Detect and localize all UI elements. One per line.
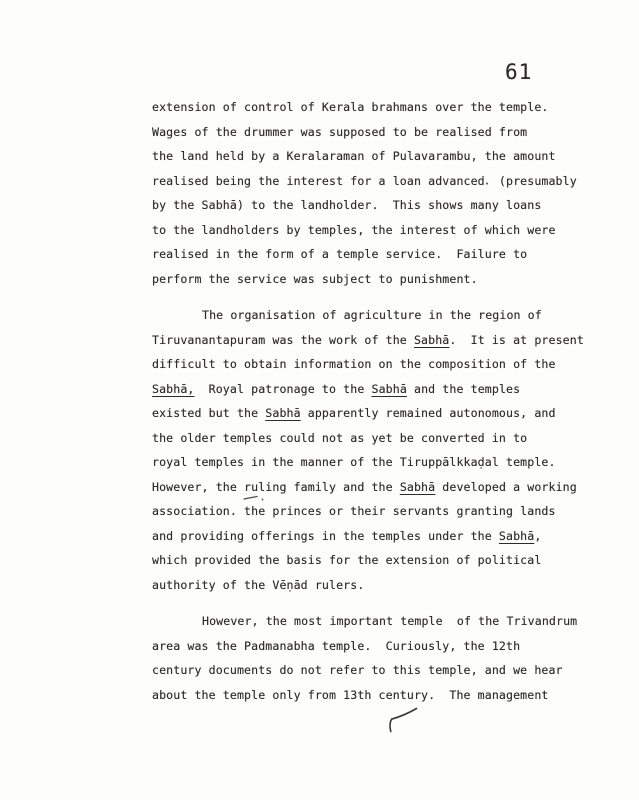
text-line: Sabhā, Royal patronage to the Sabhā and … xyxy=(152,377,592,402)
underlined-term: Sabhā xyxy=(499,529,534,543)
text-segment: existed but the xyxy=(152,406,265,420)
text-segment: Wages of the drummer was supposed to be … xyxy=(152,125,527,139)
text-line: existed but the Sabhā apparently remaine… xyxy=(152,401,592,426)
text-segment: extension of control of Kerala brahmans … xyxy=(152,100,548,114)
text-line: extension of control of Kerala brahmans … xyxy=(152,95,592,120)
text-line: perform the service was subject to punis… xyxy=(152,267,592,292)
text-line: The organisation of agriculture in the r… xyxy=(152,303,592,328)
text-line: authority of the Vēṇād rulers. xyxy=(152,573,592,598)
underlined-term: Sabhā xyxy=(400,480,435,494)
text-line: association. the princes or their servan… xyxy=(152,499,592,524)
underlined-term: Sabhā xyxy=(372,382,407,396)
text-line: to the landholders by temples, the inter… xyxy=(152,218,592,243)
text-line: difficult to obtain information on the c… xyxy=(152,352,592,377)
text-line: royal temples in the manner of the Tirup… xyxy=(152,450,592,475)
text-segment: However, the most important temple of th… xyxy=(202,614,577,628)
paragraph: The organisation of agriculture in the r… xyxy=(152,303,592,597)
text-segment: and the temples xyxy=(407,382,520,396)
text-segment: apparently remained autonomous, and xyxy=(301,406,556,420)
paragraph: However, the most important temple of th… xyxy=(152,609,592,707)
text-segment: which provided the basis for the extensi… xyxy=(152,553,541,567)
text-segment: developed a working xyxy=(435,480,577,494)
text-line: realised in the form of a temple service… xyxy=(152,242,592,267)
text-segment: the older temples could not as yet be co… xyxy=(152,431,527,445)
text-segment: Royal patronage to the xyxy=(194,382,371,396)
handwritten-tick-icon xyxy=(390,709,417,732)
text-segment: However, the ruling family and the xyxy=(152,480,400,494)
text-segment: The organisation of agriculture in the r… xyxy=(202,308,542,322)
text-segment: perform the service was subject to punis… xyxy=(152,272,478,286)
text-segment: area was the Padmanabha temple. Curiousl… xyxy=(152,639,520,653)
underlined-term: Sabhā xyxy=(414,333,449,347)
text-line: about the temple only from 13th century.… xyxy=(152,683,592,708)
text-line: the older temples could not as yet be co… xyxy=(152,426,592,451)
text-line: by the Sabhā) to the landholder. This sh… xyxy=(152,193,592,218)
text-line: which provided the basis for the extensi… xyxy=(152,548,592,573)
text-segment: realised being the interest for a loan a… xyxy=(152,174,577,188)
text-line: Wages of the drummer was supposed to be … xyxy=(152,120,592,145)
text-segment: the land held by a Keralaraman of Pulava… xyxy=(152,149,556,163)
text-segment: century documents do not refer to this t… xyxy=(152,663,563,677)
text-line: However, the ruling family and the Sabhā… xyxy=(152,475,592,500)
text-segment: , xyxy=(534,529,541,543)
text-segment: by the Sabhā) to the landholder. This sh… xyxy=(152,198,541,212)
text-segment: difficult to obtain information on the c… xyxy=(152,357,556,371)
text-segment: royal temples in the manner of the Tirup… xyxy=(152,455,556,469)
text-segment: . It is at present xyxy=(449,333,584,347)
text-line: realised being the interest for a loan a… xyxy=(152,169,592,194)
document-page: 61 extension of control of Kerala brahma… xyxy=(0,0,639,800)
text-segment: association. the princes or their servan… xyxy=(152,504,556,518)
text-line: Tiruvanantapuram was the work of the Sab… xyxy=(152,328,592,353)
text-line: and providing offerings in the temples u… xyxy=(152,524,592,549)
text-segment: realised in the form of a temple service… xyxy=(152,247,527,261)
underlined-term: Sabhā xyxy=(265,406,300,420)
text-line: However, the most important temple of th… xyxy=(152,609,592,634)
text-segment: to the landholders by temples, the inter… xyxy=(152,223,556,237)
paragraph: extension of control of Kerala brahmans … xyxy=(152,95,592,291)
text-line: the land held by a Keralaraman of Pulava… xyxy=(152,144,592,169)
text-segment: and providing offerings in the temples u… xyxy=(152,529,499,543)
text-segment: authority of the Vēṇād rulers. xyxy=(152,578,364,592)
page-number: 61 xyxy=(505,60,532,84)
text-line: century documents do not refer to this t… xyxy=(152,658,592,683)
underlined-term: Sabhā, xyxy=(152,382,194,396)
text-segment: Tiruvanantapuram was the work of the xyxy=(152,333,414,347)
document-text: extension of control of Kerala brahmans … xyxy=(152,95,592,707)
text-segment: about the temple only from 13th century.… xyxy=(152,688,548,702)
text-line: area was the Padmanabha temple. Curiousl… xyxy=(152,634,592,659)
